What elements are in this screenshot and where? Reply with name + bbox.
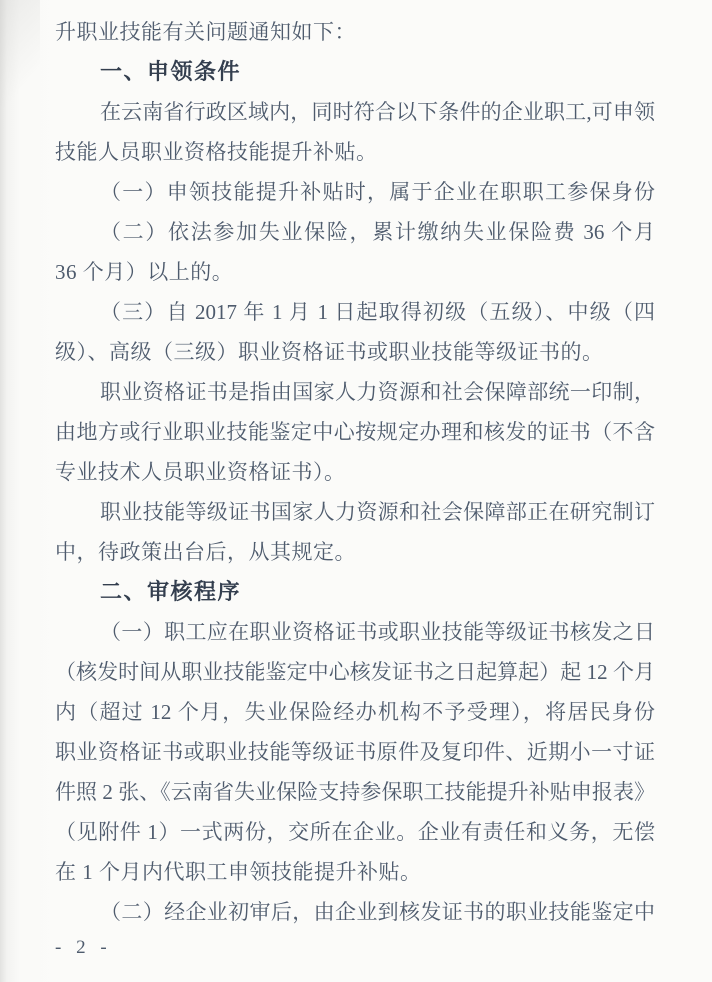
text-line: 专业技术人员职业资格证书）。 [55,452,655,492]
text-line: （二）依法参加失业保险，累计缴纳失业保险费 36 个月（含 [55,212,655,252]
text-line: （一）职工应在职业资格证书或职业技能等级证书核发之日 [55,612,655,652]
text-line: 由地方或行业职业技能鉴定中心按规定办理和核发的证书（不含 [55,412,655,452]
text-line: 中，待政策出台后，从其规定。 [55,532,655,572]
text-line: 职业资格证书或职业技能等级证书原件及复印件、近期小一寸证 [55,732,655,772]
text-line: 在 1 个月内代职工申领技能提升补贴。 [55,852,655,892]
text-line: 件照 2 张、《云南省失业保险支持参保职工技能提升补贴申报表》 [55,772,655,812]
page-number: - 2 - [55,928,112,968]
text-line: （三）自 2017 年 1 月 1 日起取得初级（五级）、中级（四 [55,292,655,332]
text-line: 升职业技能有关问题通知如下： [55,12,655,52]
section-heading: 一、申领条件 [55,52,655,92]
text-line: （见附件 1）一式两份，交所在企业。企业有责任和义务，无偿 [55,812,655,852]
text-line: （二）经企业初审后，由企业到核发证书的职业技能鉴定中 [55,892,655,932]
text-line: 在云南省行政区域内，同时符合以下条件的企业职工,可申领 [55,92,655,132]
text-line: 内（超过 12 个月，失业保险经办机构不予受理），将居民身份证、 [55,692,655,732]
document-page: 升职业技能有关问题通知如下：一、申领条件在云南省行政区域内，同时符合以下条件的企… [0,0,712,982]
text-line: 技能人员职业资格技能提升补贴。 [55,132,655,172]
section-heading: 二、审核程序 [55,572,655,612]
text-line: 36 个月）以上的。 [55,252,655,292]
text-line: （核发时间从职业技能鉴定中心核发证书之日起算起）起 12 个月 [55,652,655,692]
text-line: 职业资格证书是指由国家人力资源和社会保障部统一印制， [55,372,655,412]
text-line: 级）、高级（三级）职业资格证书或职业技能等级证书的。 [55,332,655,372]
document-text-block: 升职业技能有关问题通知如下：一、申领条件在云南省行政区域内，同时符合以下条件的企… [55,12,655,932]
text-line: 职业技能等级证书国家人力资源和社会保障部正在研究制订 [55,492,655,532]
text-line: （一）申领技能提升补贴时，属于企业在职职工参保身份的。 [55,172,655,212]
